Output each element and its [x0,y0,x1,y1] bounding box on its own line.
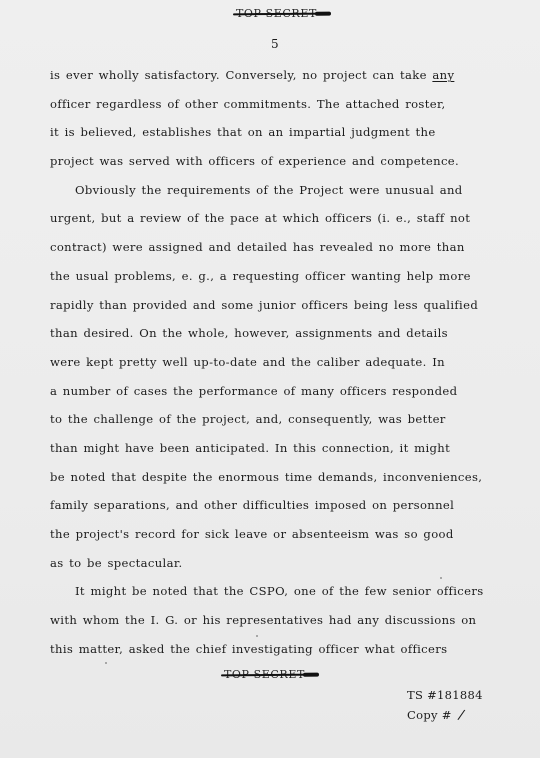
text-line: Obviously the requirements of the Projec… [50,176,470,205]
line-text: a number of cases the performance of man… [50,384,457,398]
text-line: project was served with officers of expe… [50,147,470,176]
line-text: officer regardless of other commitments.… [50,97,446,111]
classification-footer: TOP SECRET [224,668,305,681]
line-text: than desired. On the whole, however, ass… [50,326,448,340]
text-line: it is believed, establishes that on an i… [50,118,470,147]
text-line: be noted that despite the enormous time … [50,463,470,492]
underlined-emphasis: any [432,68,454,82]
text-line: is ever wholly satisfactory. Conversely,… [50,61,470,90]
paragraph: is ever wholly satisfactory. Conversely,… [50,61,470,176]
line-text: contract) were assigned and detailed has… [50,240,465,254]
copy-label: Copy # [407,708,456,722]
text-line: than desired. On the whole, however, ass… [50,319,470,348]
line-text: to the challenge of the project, and, co… [50,412,446,426]
line-text: urgent, but a review of the pace at whic… [50,211,470,225]
text-line: the project's record for sick leave or a… [50,520,470,549]
text-line: with whom the I. G. or his representativ… [50,606,470,635]
text-line: rapidly than provided and some junior of… [50,291,470,320]
ts-control-number: TS #181884 [407,688,483,702]
line-text: be noted that despite the enormous time … [50,470,482,484]
line-text: the project's record for sick leave or a… [50,527,454,541]
scan-speck [440,577,442,579]
document-page: TOP SECRET 5 is ever wholly satisfactory… [0,0,540,758]
classification-header: TOP SECRET [236,7,317,20]
line-text: with whom the I. G. or his representativ… [50,613,476,627]
strikethrough-mark [221,673,315,676]
line-text: Obviously the requirements of the Projec… [75,183,463,197]
text-line: than might have been anticipated. In thi… [50,434,470,463]
copy-value-handwritten: / [458,708,465,724]
line-text: this matter, asked the chief investigati… [50,642,447,656]
line-text: it is believed, establishes that on an i… [50,125,436,139]
line-text: project was served with officers of expe… [50,154,459,168]
page-number: 5 [271,37,279,51]
line-text: as to be spectacular. [50,556,183,570]
copy-number: Copy # / [407,708,463,723]
text-line: as to be spectacular. [50,549,470,578]
text-line: It might be noted that the CSPO, one of … [50,577,470,606]
line-text: the usual problems, e. g., a requesting … [50,269,471,283]
text-line: to the challenge of the project, and, co… [50,405,470,434]
line-text: than might have been anticipated. In thi… [50,441,450,455]
text-line: contract) were assigned and detailed has… [50,233,470,262]
document-body: is ever wholly satisfactory. Conversely,… [50,61,470,663]
text-line: urgent, but a review of the pace at whic… [50,204,470,233]
scan-speck [256,635,258,637]
scan-speck [105,662,107,664]
line-text: family separations, and other difficulti… [50,498,454,512]
line-text: rapidly than provided and some junior of… [50,298,478,312]
line-text: is ever wholly satisfactory. Conversely,… [50,68,432,82]
text-line: this matter, asked the chief investigati… [50,635,470,664]
line-text: It might be noted that the CSPO, one of … [75,584,484,598]
text-line: the usual problems, e. g., a requesting … [50,262,470,291]
text-line: were kept pretty well up-to-date and the… [50,348,470,377]
text-line: family separations, and other difficulti… [50,491,470,520]
text-line: officer regardless of other commitments.… [50,90,470,119]
paragraph: Obviously the requirements of the Projec… [50,176,470,578]
strikethrough-mark [233,12,327,15]
line-text: were kept pretty well up-to-date and the… [50,355,445,369]
paragraph: It might be noted that the CSPO, one of … [50,577,470,663]
text-line: a number of cases the performance of man… [50,377,470,406]
scan-speck [74,245,76,247]
